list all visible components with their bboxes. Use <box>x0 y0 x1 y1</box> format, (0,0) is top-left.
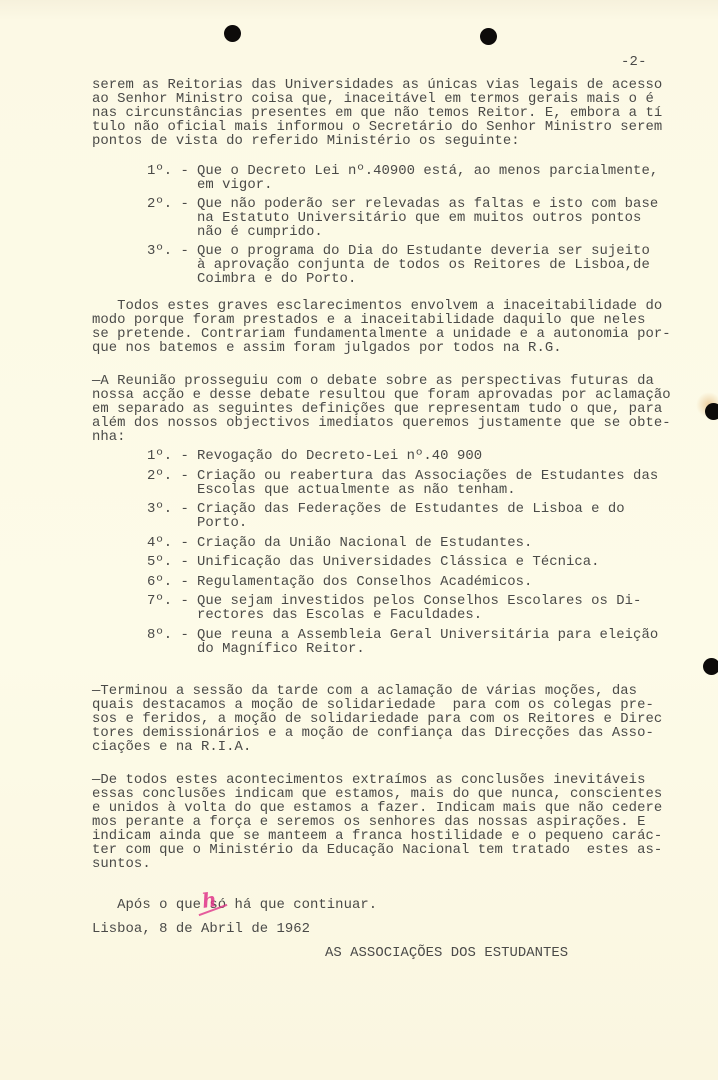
ministry-point-text: Que o Decreto Lei nº.40900 está, ao meno… <box>197 164 658 178</box>
session-paragraph-line: sos e feridos, a moção de solidariedade … <box>92 712 662 726</box>
ministry-point-number: 1º. - <box>147 164 189 178</box>
ministry-point-text: em vigor. <box>197 178 272 192</box>
clarifications-paragraph-line: que nos batemos e assim foram julgados p… <box>92 341 562 355</box>
clarifications-paragraph-line: Todos estes graves esclarecimentos envol… <box>92 299 662 313</box>
meeting-paragraph-line: além dos nossos objectivos imediatos que… <box>92 416 671 430</box>
intro-paragraph-line: ao Senhor Ministro coisa que, inaceitáve… <box>92 92 654 106</box>
definition-number: 6º. - <box>147 575 189 589</box>
clarifications-paragraph-line: modo porque foram prestados e a inaceita… <box>92 313 645 327</box>
definition-number: 7º. - <box>147 594 189 608</box>
session-paragraph-line: quais destacamos a moção de solidariedad… <box>92 698 654 712</box>
intro-paragraph-line: tulo não oficial mais informou o Secretá… <box>92 120 662 134</box>
intro-paragraph-line: nas circunstâncias presentes em que não … <box>92 106 662 120</box>
meeting-paragraph-line: nha: <box>92 430 126 444</box>
definition-text: do Magnífico Reitor. <box>197 642 365 656</box>
conclusions-paragraph-line: —De todos estes acontecimentos extraímos… <box>92 773 645 787</box>
meeting-paragraph-line: —A Reunião prosseguiu com o debate sobre… <box>92 374 654 388</box>
ministry-point-text: na Estatuto Universitário que em muitos … <box>197 211 641 225</box>
conclusions-paragraph-line: essas conclusões indicam que estamos, ma… <box>92 787 662 801</box>
session-paragraph-line: ciações e na R.I.A. <box>92 740 251 754</box>
conclusions-paragraph-line: suntos. <box>92 857 151 871</box>
punch-hole <box>705 403 718 420</box>
place-date: Lisboa, 8 de Abril de 1962 <box>92 922 310 936</box>
definition-number: 8º. - <box>147 628 189 642</box>
ministry-point-text: Que não poderão ser relevadas as faltas … <box>197 197 658 211</box>
definition-text: Que reuna a Assembleia Geral Universitár… <box>197 628 658 642</box>
punch-hole <box>703 658 718 675</box>
session-paragraph-line: tores demissionários e a moção de confia… <box>92 726 654 740</box>
conclusions-paragraph-line: e unidos à volta do que estamos a fazer.… <box>92 801 662 815</box>
meeting-paragraph-line: nossa acção e desse debate resultou que … <box>92 388 671 402</box>
definition-text: Escolas que actualmente as não tenham. <box>197 483 516 497</box>
ministry-point-number: 3º. - <box>147 244 189 258</box>
definition-text: Revogação do Decreto-Lei nº.40 900 <box>197 449 482 463</box>
meeting-paragraph-line: em separado as seguintes definições que … <box>92 402 662 416</box>
page-number: -2- <box>621 54 647 70</box>
clarifications-paragraph-line: se pretende. Contrariam fundamentalmente… <box>92 327 671 341</box>
ministry-point-text: Que o programa do Dia do Estudante dever… <box>197 244 650 258</box>
session-paragraph-line: —Terminou a sessão da tarde com a aclama… <box>92 684 637 698</box>
intro-paragraph-line: pontos de vista do referido Ministério o… <box>92 134 520 148</box>
definition-number: 1º. - <box>147 449 189 463</box>
definition-number: 4º. - <box>147 536 189 550</box>
document-page: -2- serem as Reitorias das Universidades… <box>0 0 718 1080</box>
definition-number: 5º. - <box>147 555 189 569</box>
conclusions-paragraph-line: indicam ainda que se manteem a franca ho… <box>92 829 662 843</box>
punch-hole <box>224 25 241 42</box>
definition-text: Criação ou reabertura das Associações de… <box>197 469 658 483</box>
conclusions-paragraph-line: ter com que o Ministério da Educação Nac… <box>92 843 662 857</box>
definition-number: 3º. - <box>147 502 189 516</box>
definition-text: Que sejam investidos pelos Conselhos Esc… <box>197 594 641 608</box>
closing-line: Após o que só há que continuar. <box>92 898 377 912</box>
definition-text: Porto. <box>197 516 247 530</box>
definition-text: rectores das Escolas e Faculdades. <box>197 608 482 622</box>
ministry-point-text: à aprovação conjunta de todos os Reitore… <box>197 258 650 272</box>
punch-hole <box>480 28 497 45</box>
ministry-point-number: 2º. - <box>147 197 189 211</box>
definition-text: Unificação das Universidades Clássica e … <box>197 555 600 569</box>
ministry-point-text: não é cumprido. <box>197 225 323 239</box>
conclusions-paragraph-line: mos perante a força e seremos os senhore… <box>92 815 645 829</box>
definition-text: Criação da União Nacional de Estudantes. <box>197 536 532 550</box>
ministry-point-text: Coimbra e do Porto. <box>197 272 356 286</box>
signature: AS ASSOCIAÇÕES DOS ESTUDANTES <box>325 946 568 960</box>
definition-text: Regulamentação dos Conselhos Académicos. <box>197 575 532 589</box>
definition-text: Criação das Federações de Estudantes de … <box>197 502 625 516</box>
definition-number: 2º. - <box>147 469 189 483</box>
intro-paragraph-line: serem as Reitorias das Universidades as … <box>92 78 662 92</box>
